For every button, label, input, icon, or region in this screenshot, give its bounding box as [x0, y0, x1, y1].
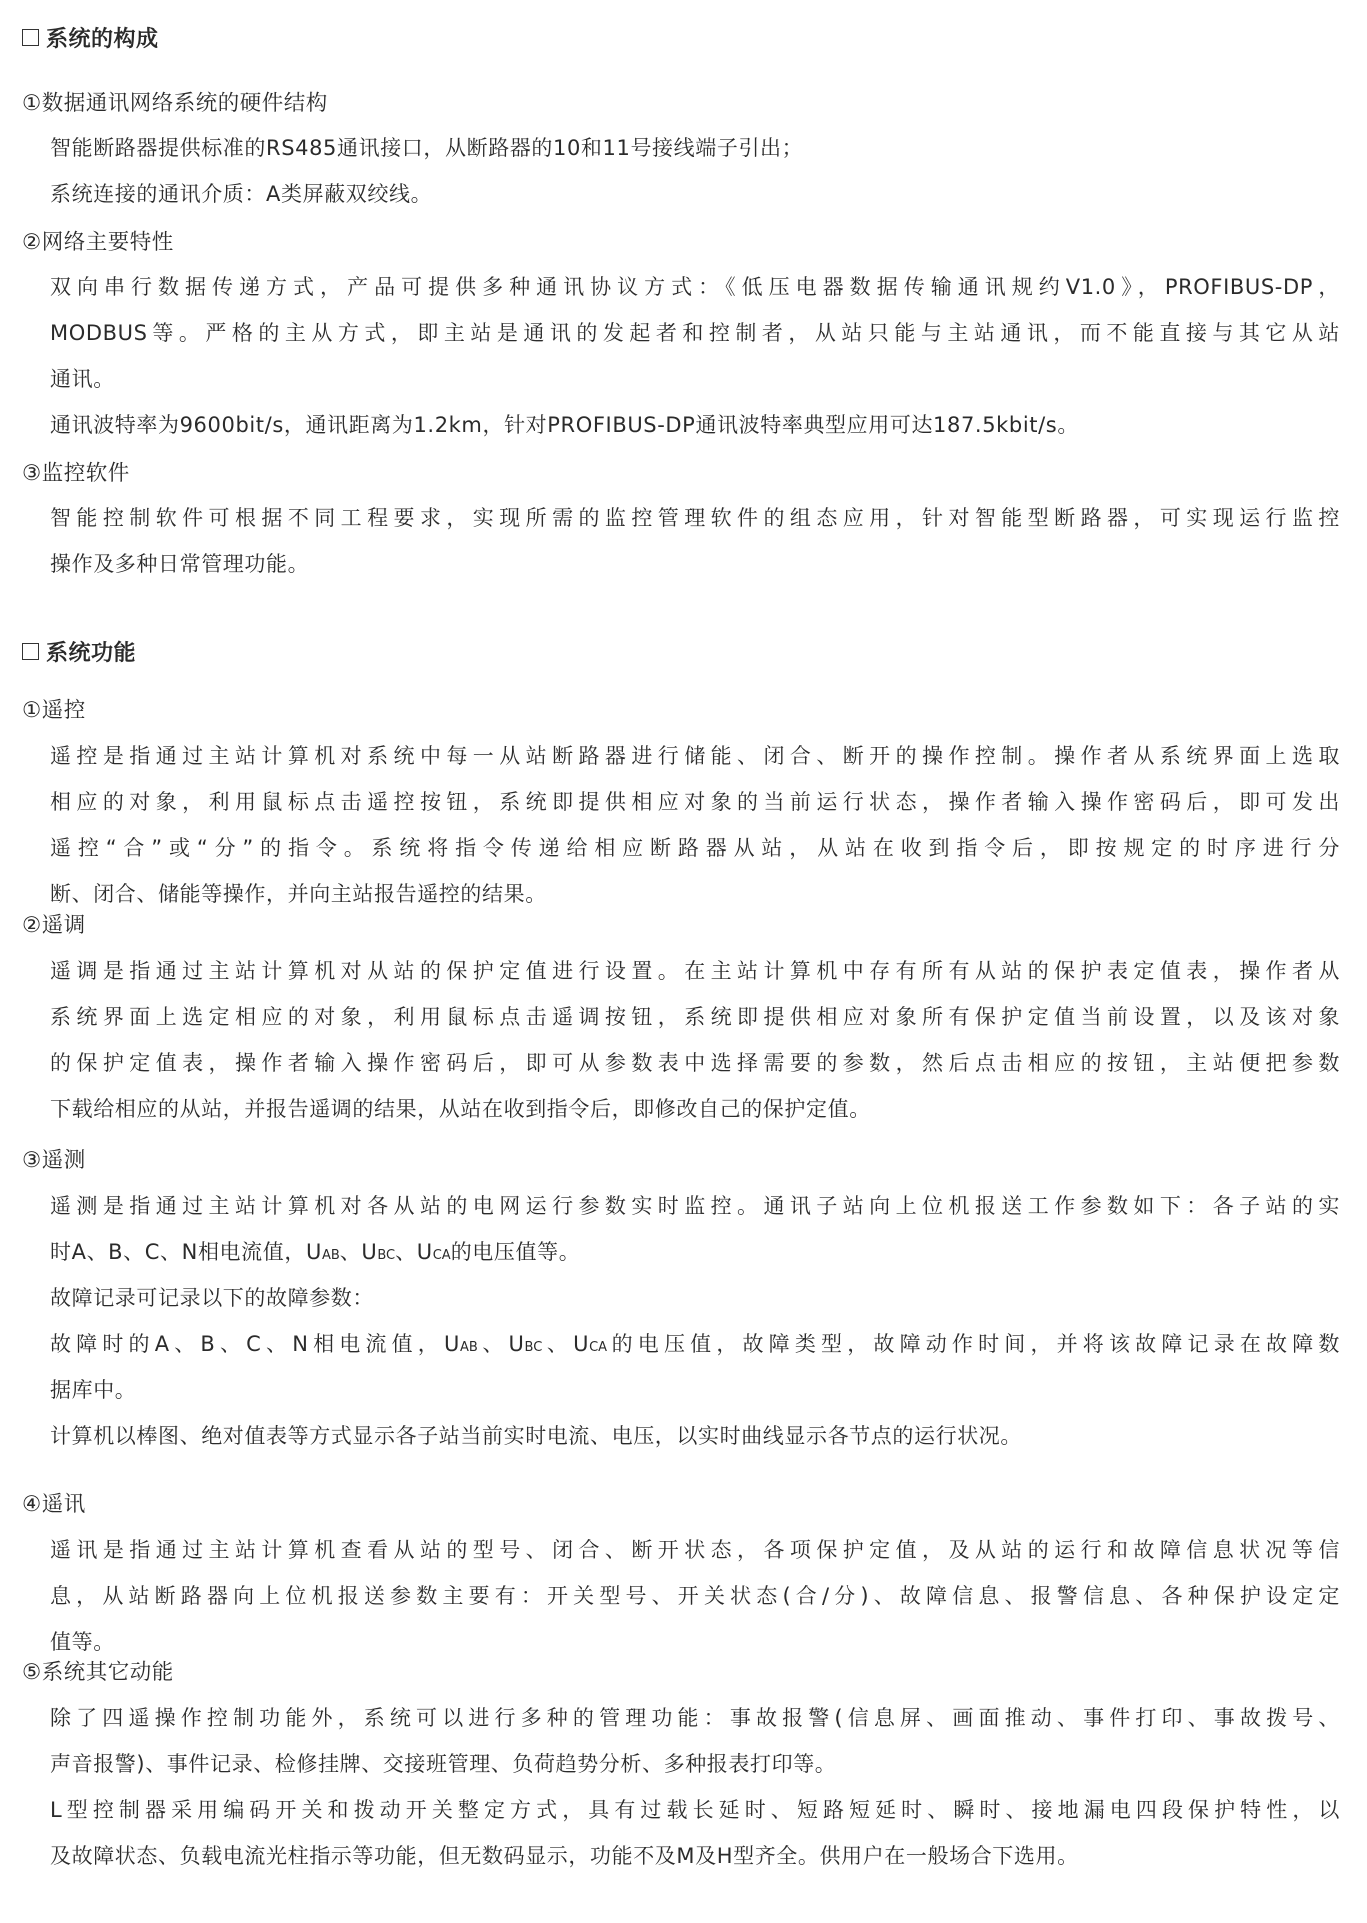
text-line: 操作及多种日常管理功能。 — [50, 541, 1340, 587]
text-line: L型控制器采用编码开关和拨动开关整定方式，具有过载长延时、短路短延时、瞬时、接地… — [50, 1787, 1340, 1833]
text-line: 故障记录可记录以下的故障参数： — [50, 1275, 1340, 1321]
subheading-monitoring-software: ③监控软件 — [22, 456, 130, 487]
separator: 、 — [340, 1240, 362, 1264]
voltage-subscript: BC — [377, 1248, 395, 1263]
voltage-symbol: U — [444, 1332, 460, 1356]
voltage-subscript: BC — [525, 1340, 543, 1355]
voltage-subscript: CA — [589, 1340, 607, 1355]
text-line: 通讯波特率为9600bit/s，通讯距离为1.2km，针对PROFIBUS-DP… — [50, 402, 1340, 448]
voltage-symbol: U — [417, 1240, 433, 1264]
paragraph-monitoring: 智能控制软件可根据不同工程要求，实现所需的监控管理软件的组态应用，针对智能型断路… — [50, 495, 1340, 587]
text-fragment: 故障时的A、B、C、N相电流值， — [50, 1332, 444, 1356]
text-line: 系统界面上选定相应的对象，利用鼠标点击遥调按钮，系统即提供相应对象所有保护定值当… — [50, 994, 1340, 1040]
text-line: 除了四遥操作控制功能外，系统可以进行多种的管理功能：事故报警(信息屏、画面推动、… — [50, 1695, 1340, 1741]
paragraph-remote-adjust: 遥调是指通过主站计算机对从站的保护定值进行设置。在主站计算机中存有所有从站的保护… — [50, 948, 1340, 1132]
subheading-network-features: ②网络主要特性 — [22, 225, 174, 256]
text-line: 遥控是指通过主站计算机对系统中每一从站断路器进行储能、闭合、断开的操作控制。操作… — [50, 733, 1340, 779]
checkbox-icon — [22, 29, 39, 46]
text-line: 智能控制软件可根据不同工程要求，实现所需的监控管理软件的组态应用，针对智能型断路… — [50, 495, 1340, 541]
subheading-hardware-structure: ①数据通讯网络系统的硬件结构 — [22, 86, 328, 117]
section-title-text: 系统功能 — [46, 636, 136, 667]
text-line: 遥讯是指通过主站计算机查看从站的型号、闭合、断开状态，各项保护定值，及从站的运行… — [50, 1527, 1340, 1573]
voltage-subscript: AB — [460, 1340, 478, 1355]
text-line: 声音报警)、事件记录、检修挂牌、交接班管理、负荷趋势分析、多种报表打印等。 — [50, 1741, 1340, 1787]
text-line: 遥调是指通过主站计算机对从站的保护定值进行设置。在主站计算机中存有所有从站的保护… — [50, 948, 1340, 994]
text-line: 通讯。 — [50, 356, 1340, 402]
text-fragment: 时A、B、C、N相电流值， — [50, 1240, 306, 1264]
voltage-symbol: U — [361, 1240, 377, 1264]
text-line: 下载给相应的从站，并报告遥调的结果，从站在收到指令后，即修改自己的保护定值。 — [50, 1086, 1340, 1132]
text-line: 息，从站断路器向上位机报送参数主要有：开关型号、开关状态(合/分)、故障信息、报… — [50, 1573, 1340, 1619]
separator: 、 — [478, 1332, 509, 1356]
paragraph-remote-measure: 遥测是指通过主站计算机对各从站的电网运行参数实时监控。通讯子站向上位机报送工作参… — [50, 1183, 1340, 1459]
voltage-subscript: AB — [322, 1248, 340, 1263]
subheading-other-functions: ⑤系统其它动能 — [22, 1655, 174, 1686]
text-line: 据库中。 — [50, 1367, 1340, 1413]
subheading-remote-measure: ③遥测 — [22, 1143, 86, 1174]
subheading-remote-control: ①遥控 — [22, 693, 86, 724]
text-line: 双向串行数据传递方式，产品可提供多种通讯协议方式：《低压电器数据传输通讯规约V1… — [50, 264, 1340, 310]
text-line: 计算机以棒图、绝对值表等方式显示各子站当前实时电流、电压，以实时曲线显示各节点的… — [50, 1413, 1340, 1459]
text-line: 遥测是指通过主站计算机对各从站的电网运行参数实时监控。通讯子站向上位机报送工作参… — [50, 1183, 1340, 1229]
text-line: 值等。 — [50, 1619, 1340, 1665]
paragraph-remote-signal: 遥讯是指通过主站计算机查看从站的型号、闭合、断开状态，各项保护定值，及从站的运行… — [50, 1527, 1340, 1665]
separator: 、 — [395, 1240, 417, 1264]
text-line: MODBUS等。严格的主从方式，即主站是通讯的发起者和控制者，从站只能与主站通讯… — [50, 310, 1340, 356]
text-line: 断、闭合、储能等操作，并向主站报告遥控的结果。 — [50, 871, 1340, 917]
section-title-composition: 系统的构成 — [22, 22, 159, 53]
paragraph-hardware: 智能断路器提供标准的RS485通讯接口，从断路器的10和11号接线端子引出； 系… — [50, 125, 1340, 217]
paragraph-other-functions: 除了四遥操作控制功能外，系统可以进行多种的管理功能：事故报警(信息屏、画面推动、… — [50, 1695, 1340, 1879]
text-line-voltage: 时A、B、C、N相电流值，UAB、UBC、UCA的电压值等。 — [50, 1229, 1340, 1275]
voltage-symbol: U — [509, 1332, 525, 1356]
text-fragment: 的电压值，故障类型，故障动作时间，并将该故障记录在故障数 — [607, 1332, 1340, 1356]
paragraph-remote-control: 遥控是指通过主站计算机对系统中每一从站断路器进行储能、闭合、断开的操作控制。操作… — [50, 733, 1340, 917]
checkbox-icon — [22, 643, 39, 660]
section-title-text: 系统的构成 — [46, 22, 159, 53]
text-line: 的保护定值表，操作者输入操作密码后，即可从参数表中选择需要的参数，然后点击相应的… — [50, 1040, 1340, 1086]
section-title-functions: 系统功能 — [22, 636, 136, 667]
voltage-symbol: U — [573, 1332, 589, 1356]
separator: 、 — [542, 1332, 573, 1356]
subheading-remote-adjust: ②遥调 — [22, 908, 86, 939]
text-line: 智能断路器提供标准的RS485通讯接口，从断路器的10和11号接线端子引出； — [50, 125, 1340, 171]
text-line: 系统连接的通讯介质：A类屏蔽双绞线。 — [50, 171, 1340, 217]
text-line: 及故障状态、负载电流光柱指示等功能，但无数码显示，功能不及M及H型齐全。供用户在… — [50, 1833, 1340, 1879]
subheading-remote-signal: ④遥讯 — [22, 1487, 86, 1518]
document-page: 系统的构成 ①数据通讯网络系统的硬件结构 智能断路器提供标准的RS485通讯接口… — [0, 0, 1367, 1923]
text-line-voltage: 故障时的A、B、C、N相电流值，UAB、UBC、UCA的电压值，故障类型，故障动… — [50, 1321, 1340, 1367]
voltage-subscript: CA — [433, 1248, 451, 1263]
text-line: 遥控“合”或“分”的指令。系统将指令传递给相应断路器从站，从站在收到指令后，即按… — [50, 825, 1340, 871]
paragraph-network: 双向串行数据传递方式，产品可提供多种通讯协议方式：《低压电器数据传输通讯规约V1… — [50, 264, 1340, 448]
text-fragment: 的电压值等。 — [451, 1240, 581, 1264]
voltage-symbol: U — [306, 1240, 322, 1264]
text-line: 相应的对象，利用鼠标点击遥控按钮，系统即提供相应对象的当前运行状态，操作者输入操… — [50, 779, 1340, 825]
